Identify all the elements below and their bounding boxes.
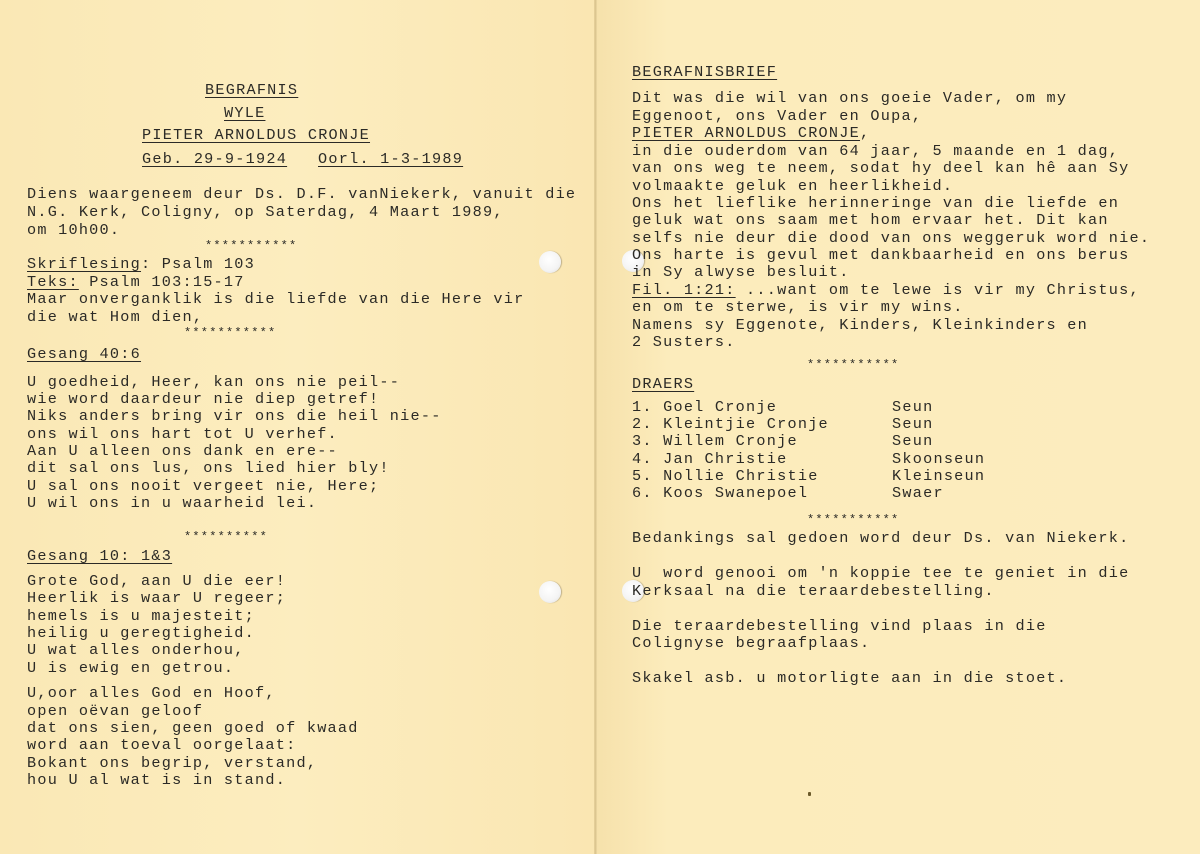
- bearer-relation: Seun: [892, 398, 933, 416]
- hymn2-line: U is ewig en getrou.: [27, 660, 234, 677]
- separator: ***********: [807, 512, 899, 529]
- bearer-row: 5. Nollie ChristieKleinseun: [632, 468, 985, 485]
- separator: ***********: [807, 357, 899, 374]
- bearer-name: 4. Jan Christie: [632, 451, 892, 468]
- punch-hole-icon: [539, 251, 561, 273]
- letter-line: volmaakte geluk en heerlikheid.: [632, 178, 953, 195]
- text-value: Psalm 103:15-17: [79, 273, 245, 291]
- heading-deceased-name: PIETER ARNOLDUS CRONJE: [142, 127, 370, 144]
- letter-line: in Sy alwyse besluit.: [632, 264, 850, 281]
- paper-speck: [808, 792, 811, 796]
- service-line: Diens waargeneem deur Ds. D.F. vanNieker…: [27, 186, 576, 203]
- text-quote-line: die wat Hom dien,: [27, 309, 203, 326]
- scripture-reading: Skriflesing: Psalm 103: [27, 256, 255, 273]
- service-line: om 10h00.: [27, 222, 120, 239]
- hymn2-line: hou U al wat is in stand.: [27, 772, 286, 789]
- text-quote-line: Maar onverganklik is die liefde van die …: [27, 291, 524, 308]
- tea-line: U word genooi om 'n koppie tee te geniet…: [632, 565, 1129, 582]
- separator: **********: [184, 529, 268, 546]
- hymn2-title: Gesang 10: 1&3: [27, 548, 172, 565]
- bearer-row: 6. Koos SwanepoelSwaer: [632, 485, 985, 502]
- verse-text: ...want om te lewe is vir my Christus,: [736, 281, 1140, 299]
- hymn1-line: Niks anders bring vir ons die heil nie--: [27, 408, 442, 425]
- separator: ***********: [184, 325, 276, 342]
- letter-line: Ons het lieflike herinneringe van die li…: [632, 195, 1119, 212]
- bearer-relation: Seun: [892, 415, 933, 433]
- hymn2-line: heilig u geregtigheid.: [27, 625, 255, 642]
- heading-begrafnis: BEGRAFNIS: [205, 82, 298, 99]
- hymn2-line: word aan toeval oorgelaat:: [27, 737, 296, 754]
- hymn1-line: ons wil ons hart tot U verhef.: [27, 426, 338, 443]
- signoff-line: 2 Susters.: [632, 334, 736, 351]
- letter-line: Ons harte is gevul met dankbaarheid en o…: [632, 247, 1129, 264]
- letter-name-line: PIETER ARNOLDUS CRONJE,: [632, 125, 870, 142]
- bearer-name: 5. Nollie Christie: [632, 468, 892, 485]
- letter-line: van ons weg te neem, sodat hy deel kan h…: [632, 160, 1129, 177]
- letter-line: Eggenoot, ons Vader en Oupa,: [632, 108, 922, 125]
- hymn1-line: wie word daardeur nie diep getref!: [27, 391, 379, 408]
- verse-label: Fil. 1:21:: [632, 281, 736, 299]
- scripture-label: Skriflesing: [27, 255, 141, 273]
- bearer-row: 4. Jan ChristieSkoonseun: [632, 451, 985, 468]
- page-fold: [594, 0, 597, 854]
- hymn1-line: U sal ons nooit vergeet nie, Here;: [27, 478, 379, 495]
- hymn1-line: Aan U alleen ons dank en ere--: [27, 443, 338, 460]
- bearer-row: 3. Willem CronjeSeun: [632, 433, 985, 450]
- bearer-relation: Skoonseun: [892, 450, 985, 468]
- bearer-relation: Seun: [892, 432, 933, 450]
- text-label: Teks:: [27, 273, 79, 291]
- burial-line: Die teraardebestelling vind plaas in die: [632, 618, 1047, 635]
- signoff-line: Namens sy Eggenote, Kinders, Kleinkinder…: [632, 317, 1088, 334]
- bearers-title: DRAERS: [632, 376, 694, 393]
- hymn1-line: U wil ons in u waarheid lei.: [27, 495, 317, 512]
- bearer-relation: Kleinseun: [892, 467, 985, 485]
- service-line: N.G. Kerk, Coligny, op Saterdag, 4 Maart…: [27, 204, 504, 221]
- bearer-row: 2. Kleintjie CronjeSeun: [632, 416, 985, 433]
- hymn2-line: U wat alles onderhou,: [27, 642, 245, 659]
- deceased-name: PIETER ARNOLDUS CRONJE: [632, 124, 860, 142]
- burial-line: Colignyse begraafplaas.: [632, 635, 870, 652]
- punch-hole-icon: [539, 581, 561, 603]
- thanks-line: Bedankings sal gedoen word deur Ds. van …: [632, 530, 1129, 547]
- hymn2-line: U,oor alles God en Hoof,: [27, 685, 276, 702]
- hymn2-line: dat ons sien, geen goed of kwaad: [27, 720, 359, 737]
- sermon-text: Teks: Psalm 103:15-17: [27, 274, 245, 291]
- heading-wyle: WYLE: [224, 105, 265, 122]
- letter-line: in die ouderdom van 64 jaar, 5 maande en…: [632, 143, 1119, 160]
- death-date: Oorl. 1-3-1989: [318, 151, 463, 168]
- bearer-name: 6. Koos Swanepoel: [632, 485, 892, 502]
- separator: ***********: [205, 238, 297, 255]
- lights-line: Skakel asb. u motorligte aan in die stoe…: [632, 670, 1067, 687]
- verse-line: en om te sterwe, is vir my wins.: [632, 299, 964, 316]
- bearer-row: 1. Goel CronjeSeun: [632, 399, 985, 416]
- bearers-list: 1. Goel CronjeSeun 2. Kleintjie CronjeSe…: [632, 399, 985, 502]
- letter-line: selfs nie deur die dood van ons weggeruk…: [632, 230, 1150, 247]
- hymn2-line: Heerlik is waar U regeer;: [27, 590, 286, 607]
- hymn1-line: U goedheid, Heer, kan ons nie peil--: [27, 374, 400, 391]
- bearer-name: 3. Willem Cronje: [632, 433, 892, 450]
- hymn2-line: hemels is u majesteit;: [27, 608, 255, 625]
- birth-date: Geb. 29-9-1924: [142, 151, 287, 168]
- hymn2-line: Grote God, aan U die eer!: [27, 573, 286, 590]
- letter-line: Dit was die wil van ons goeie Vader, om …: [632, 90, 1067, 107]
- verse-line: Fil. 1:21: ...want om te lewe is vir my …: [632, 282, 1140, 299]
- hymn2-line: Bokant ons begrip, verstand,: [27, 755, 317, 772]
- letter-line: geluk wat ons saam met hom ervaar het. D…: [632, 212, 1109, 229]
- hymn2-line: open oëvan geloof: [27, 703, 203, 720]
- tea-line: Kerksaal na die teraardebestelling.: [632, 583, 995, 600]
- bearer-relation: Swaer: [892, 484, 944, 502]
- bearer-name: 1. Goel Cronje: [632, 399, 892, 416]
- name-comma: ,: [860, 124, 870, 142]
- bearer-name: 2. Kleintjie Cronje: [632, 416, 892, 433]
- hymn1-title: Gesang 40:6: [27, 346, 141, 363]
- hymn1-line: dit sal ons lus, ons lied hier bly!: [27, 460, 390, 477]
- letter-title: BEGRAFNISBRIEF: [632, 64, 777, 81]
- scripture-value: : Psalm 103: [141, 255, 255, 273]
